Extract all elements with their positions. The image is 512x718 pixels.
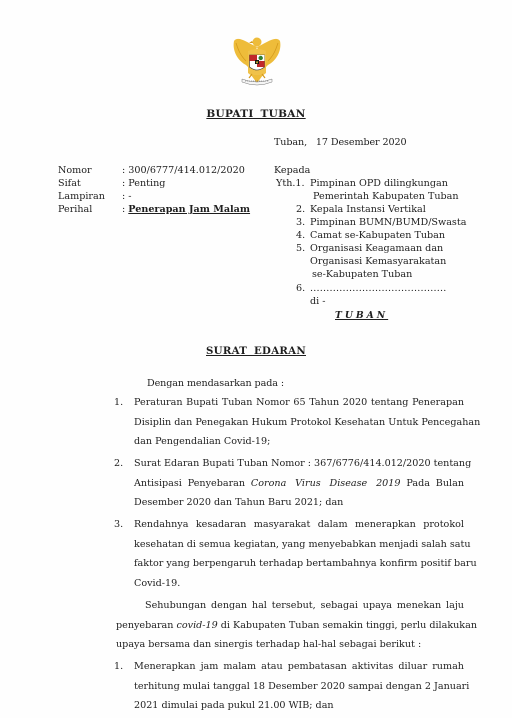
recipient-2-line: Kepala Instansi Vertikal (310, 203, 426, 216)
recipient-1-line-1: Pimpinan OPD dilingkungan (310, 177, 448, 190)
garuda-emblem-icon: ★ (228, 33, 286, 95)
recipient-3-line: Pimpinan BUMN/BUMD/Swasta (310, 216, 466, 229)
intro-text: Dengan mendasarkan pada : (147, 377, 284, 390)
basis-2-num: 2. (114, 454, 123, 474)
recipient-6-line: ........................................… (310, 282, 446, 295)
recipient-6-num: 6. (296, 282, 305, 295)
meta-lampiran-value: : - (122, 191, 132, 202)
action-1-line-3: 2021 dimulai pada pukul 21.00 WIB; dan (134, 696, 464, 716)
recipients-kepada: Kepada (274, 164, 310, 177)
basis-2-line-2: Antisipasi Penyebaran Corona Virus Disea… (134, 474, 464, 494)
basis-1: Peraturan Bupati Tuban Nomor 65 Tahun 20… (134, 393, 464, 452)
recipient-5-line-1: Organisasi Keagamaan dan (310, 242, 443, 255)
paragraph-line-2-a: penyebaran (116, 620, 177, 631)
svg-text:★: ★ (255, 59, 259, 64)
basis-3-num: 3. (114, 515, 123, 535)
basis-3-line-3: faktor yang berpengaruh terhadap bertamb… (134, 554, 464, 574)
meta-lampiran: Lampiran: - (58, 190, 132, 203)
meta-nomor-value: : 300/6777/414.012/2020 (122, 165, 245, 176)
recipient-3-num: 3. (296, 216, 305, 229)
action-1-num: 1. (114, 657, 123, 677)
basis-2-line-2-b: Pada Bulan (400, 478, 464, 489)
action-1-line-2: terhitung mulai tanggal 18 Desember 2020… (134, 677, 464, 697)
place-date: Tuban, 17 Desember 2020 (274, 136, 407, 149)
recipients-destination: TUBAN (335, 309, 388, 322)
basis-2: Surat Edaran Bupati Tuban Nomor : 367/67… (134, 454, 464, 513)
paragraph-line-2-b: di Kabupaten Tuban semakin tinggi, perlu… (218, 620, 477, 631)
document-page: ★ BUPATI TUBAN Tuban, 17 Desember 2020 N… (0, 0, 512, 718)
recipient-5-line-3: se-Kabupaten Tuban (312, 268, 412, 281)
recipient-1-line-2: Pemerintah Kabupaten Tuban (313, 190, 459, 203)
basis-3-line-1: Rendahnya kesadaran masyarakat dalam men… (134, 515, 464, 535)
meta-perihal: Perihal: Penerapan Jam Malam (58, 203, 250, 216)
basis-3: Rendahnya kesadaran masyarakat dalam men… (134, 515, 464, 593)
paragraph-line-1: Sehubungan dengan hal tersebut, sebagai … (116, 596, 464, 616)
basis-2-line-3: Desember 2020 dan Tahun Baru 2021; dan (134, 493, 464, 513)
meta-lampiran-label: Lampiran (58, 190, 122, 203)
meta-sifat-value: : Penting (122, 178, 165, 189)
basis-1-line-3: dan Pengendalian Covid-19; (134, 432, 464, 452)
basis-1-line-1: Peraturan Bupati Tuban Nomor 65 Tahun 20… (134, 393, 464, 413)
meta-perihal-value: Penerapan Jam Malam (128, 204, 250, 215)
recipient-2-num: 2. (296, 203, 305, 216)
paragraph-line-2: penyebaran covid-19 di Kabupaten Tuban s… (116, 616, 464, 636)
meta-nomor: Nomor: 300/6777/414.012/2020 (58, 164, 245, 177)
basis-3-line-2: kesehatan di semua kegiatan, yang menyeb… (134, 535, 464, 555)
basis-1-line-2: Disiplin dan Penegakan Hukum Protokol Ke… (134, 413, 464, 433)
action-1-line-1: Menerapkan jam malam atau pembatasan akt… (134, 657, 464, 677)
recipient-5-num: 5. (296, 242, 305, 255)
paragraph-line-3: upaya bersama dan sinergis terhadap hal-… (116, 635, 464, 655)
meta-perihal-label: Perihal (58, 203, 122, 216)
meta-sifat: Sifat: Penting (58, 177, 165, 190)
letterhead-title: BUPATI TUBAN (0, 108, 512, 120)
recipient-4-num: 4. (296, 229, 305, 242)
recipients-yth: Yth.1. (276, 177, 305, 190)
basis-1-num: 1. (114, 393, 123, 413)
meta-sifat-label: Sifat (58, 177, 122, 190)
basis-3-line-4: Covid-19. (134, 574, 464, 594)
recipient-4-line: Camat se-Kabupaten Tuban (310, 229, 445, 242)
paragraph-line-2-italic: covid-19 (177, 620, 218, 631)
surat-edaran-title: SURAT EDARAN (0, 345, 512, 357)
main-paragraph: Sehubungan dengan hal tersebut, sebagai … (116, 596, 464, 655)
basis-2-line-2-italic: Corona Virus Disease 2019 (251, 478, 401, 489)
basis-2-line-1: Surat Edaran Bupati Tuban Nomor : 367/67… (134, 454, 464, 474)
basis-2-line-2-a: Antisipasi Penyebaran (134, 478, 251, 489)
recipients-di: di - (310, 295, 326, 308)
meta-nomor-label: Nomor (58, 164, 122, 177)
recipient-5-line-2: Organisasi Kemasyarakatan (310, 255, 446, 268)
action-1: Menerapkan jam malam atau pembatasan akt… (134, 657, 464, 716)
